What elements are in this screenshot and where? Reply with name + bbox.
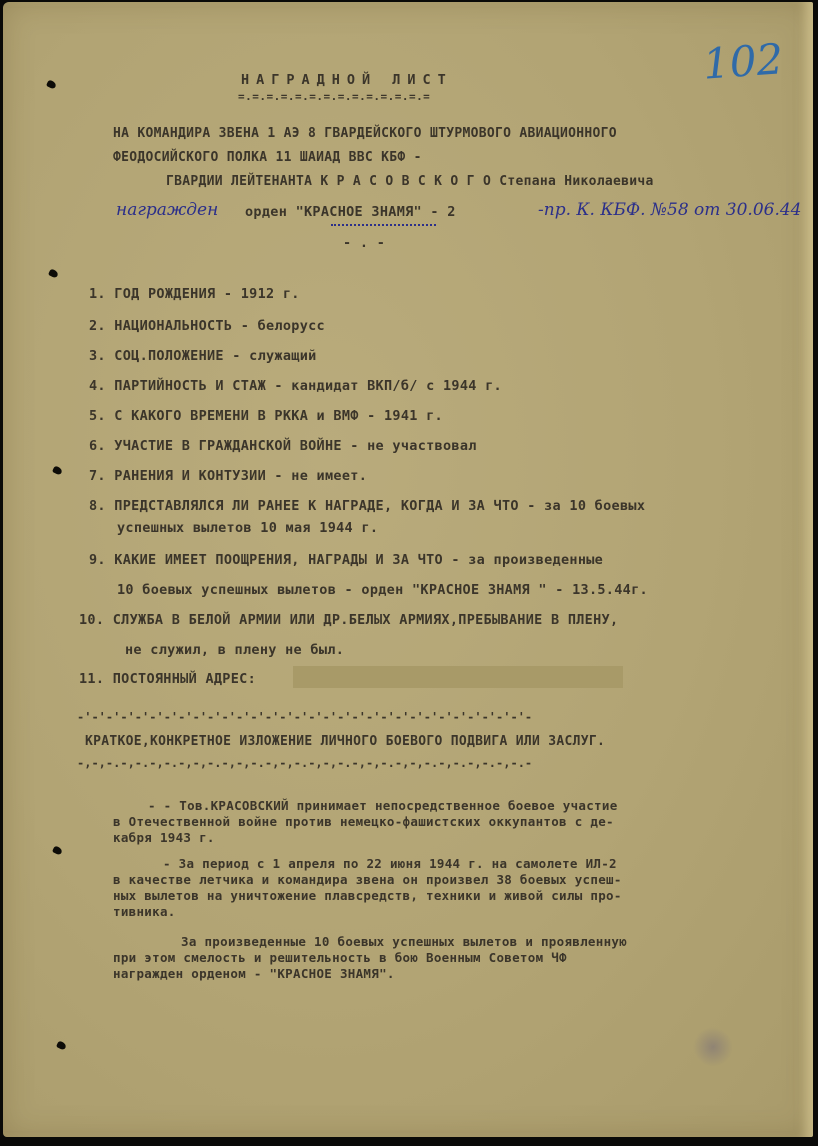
item-10: 10. СЛУЖБА В БЕЛОЙ АРМИИ ИЛИ ДР.БЕЛЫХ АР… bbox=[79, 612, 618, 628]
item-9-continuation: 10 боевых успешных вылетов - орден "КРАС… bbox=[117, 582, 648, 598]
item-2: 2. НАЦИОНАЛЬНОСТЬ - белорусс bbox=[89, 318, 325, 334]
item-6: 6. УЧАСТИЕ В ГРАЖДАНСКОЙ ВОЙНЕ - не учас… bbox=[89, 438, 477, 454]
rule-top: -'-'-'-'-'-'-'-'-'-'-'-'-'-'-'-'-'-'-'-'… bbox=[77, 710, 532, 724]
handwritten-order-reference: -пр. К. КБФ. №58 от 30.06.44 bbox=[538, 200, 802, 220]
para-1-line-2: в Отечественной войне против немецко-фаш… bbox=[113, 814, 614, 829]
item-5: 5. С КАКОГО ВРЕМЕНИ В РККА и ВМФ - 1941 … bbox=[89, 408, 443, 424]
rule-bottom: -,-,-.-,-.-,-.-,-,-.-,-,-.-,-,-.-,-,-.-,… bbox=[77, 756, 532, 770]
para-2-line-3: ных вылетов на уничтожение плавсредств, … bbox=[113, 888, 622, 903]
item-9: 9. КАКИЕ ИМЕЕТ ПООЩРЕНИЯ, НАГРАДЫ И ЗА Ч… bbox=[89, 552, 603, 568]
title-underline: =.=.=.=.=.=.=.=.=.=.=.=.=.= bbox=[238, 90, 430, 103]
para-2-line-1: - За период с 1 апреля по 22 июня 1944 г… bbox=[163, 856, 617, 871]
punch-hole-mark bbox=[52, 465, 63, 475]
para-3-line-1: За произведенные 10 боевых успешных выле… bbox=[181, 934, 627, 949]
para-2-line-4: тивника. bbox=[113, 904, 176, 919]
item-7: 7. РАНЕНИЯ И КОНТУЗИИ - не имеет. bbox=[89, 468, 367, 484]
header-line-2: ФЕОДОСИЙСКОГО ПОЛКА 11 ШАИАД ВВС КБФ - bbox=[113, 150, 422, 165]
section-title: КРАТКОЕ,КОНКРЕТНОЕ ИЗЛОЖЕНИЕ ЛИЧНОГО БОЕ… bbox=[85, 734, 605, 749]
punch-hole-mark bbox=[56, 1040, 67, 1050]
redacted-address bbox=[293, 666, 623, 688]
award-sheet-page: 102 НАГРАДНОЙ ЛИСТ =.=.=.=.=.=.=.=.=.=.=… bbox=[3, 2, 813, 1137]
para-3-line-3: награжден орденом - "КРАСНОЕ ЗНАМЯ". bbox=[113, 966, 395, 981]
item-4: 4. ПАРТИЙНОСТЬ И СТАЖ - кандидат ВКП/б/ … bbox=[89, 378, 502, 394]
item-8-continuation: успешных вылетов 10 мая 1944 г. bbox=[117, 520, 378, 536]
punch-hole-mark bbox=[52, 845, 63, 855]
punch-hole-mark bbox=[48, 268, 59, 278]
item-1: 1. ГОД РОЖДЕНИЯ - 1912 г. bbox=[89, 286, 300, 302]
handwritten-underline bbox=[331, 218, 436, 226]
handwritten-awarded: награжден bbox=[116, 200, 218, 220]
punch-hole-mark bbox=[46, 79, 57, 89]
separator: - . - bbox=[343, 235, 385, 251]
page-number-handwritten: 102 bbox=[701, 34, 784, 88]
header-line-3-recipient: ГВАРДИИ ЛЕЙТЕНАНТА К Р А С О В С К О Г О… bbox=[166, 174, 654, 189]
para-2-line-2: в качестве летчика и командира звена он … bbox=[113, 872, 622, 887]
para-1-line-3: кабря 1943 г. bbox=[113, 830, 215, 845]
item-11: 11. ПОСТОЯННЫЙ АДРЕС: bbox=[79, 671, 256, 687]
item-3: 3. СОЦ.ПОЛОЖЕНИЕ - служащий bbox=[89, 348, 317, 364]
ink-stain bbox=[693, 1027, 733, 1067]
para-1-line-1: - - Тов.КРАСОВСКИЙ принимает непосредств… bbox=[148, 798, 618, 813]
item-8: 8. ПРЕДСТАВЛЯЛСЯ ЛИ РАНЕЕ К НАГРАДЕ, КОГ… bbox=[89, 498, 645, 514]
header-line-1: НА КОМАНДИРА ЗВЕНА 1 АЭ 8 ГВАРДЕЙСКОГО Ш… bbox=[113, 126, 617, 141]
document-title: НАГРАДНОЙ ЛИСТ bbox=[241, 72, 453, 88]
para-3-line-2: при этом смелость и решительность в бою … bbox=[113, 950, 567, 965]
item-10-continuation: не служил, в плену не был. bbox=[125, 642, 344, 658]
